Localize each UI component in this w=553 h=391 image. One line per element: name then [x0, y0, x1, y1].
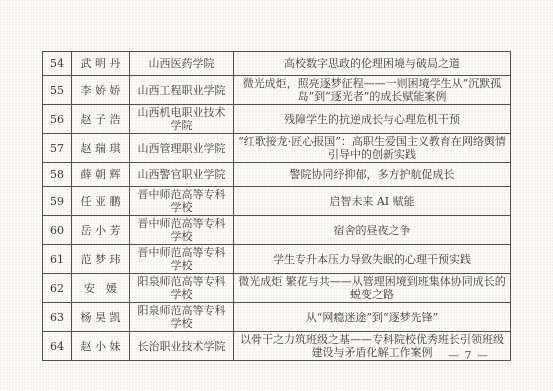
school-name: 山西警官职业学院 — [130, 163, 234, 187]
table-row: 55李 娇 娇山西工程职业学院微光成炬，照亮逐梦征程——一则困境学生从“沉默孤岛… — [43, 76, 511, 105]
case-title: 高校数字思政的伦理困境与破局之道 — [234, 52, 511, 76]
row-number: 61 — [43, 245, 72, 274]
row-number: 63 — [43, 303, 72, 332]
school-name: 山西机电职业技术学院 — [130, 105, 234, 134]
school-name: 山西管理职业学院 — [130, 134, 234, 163]
student-name: 杨 昊 凯 — [72, 303, 130, 332]
student-name: 赵 小 妹 — [72, 332, 130, 361]
table-body: 54武 明 丹山西医药学院高校数字思政的伦理困境与破局之道55李 娇 娇山西工程… — [43, 52, 511, 361]
row-number: 57 — [43, 134, 72, 163]
case-title: 残障学生的抗逆成长与心理危机干预 — [234, 105, 511, 134]
case-title: 从“网瘾迷途”到“逐梦先锋” — [234, 303, 511, 332]
student-name: 安 媛 — [72, 274, 130, 303]
table-row: 57赵 瑞 琪山西管理职业学院“红歌接龙·匠心报国”：高职生爱国主义教育在网络舆… — [43, 134, 511, 163]
student-name: 赵 瑞 琪 — [72, 134, 130, 163]
row-number: 59 — [43, 187, 72, 216]
school-name: 晋中师范高等专科学校 — [130, 216, 234, 245]
student-name: 赵 子 浩 — [72, 105, 130, 134]
row-number: 64 — [43, 332, 72, 361]
case-title: “红歌接龙·匠心报国”：高职生爱国主义教育在网络舆情引导中的创新实践 — [234, 134, 511, 163]
row-number: 62 — [43, 274, 72, 303]
school-name: 山西医药学院 — [130, 52, 234, 76]
table-row: 60岳 小 芳晋中师范高等专科学校宿舍的昼夜之争 — [43, 216, 511, 245]
case-title: 微光成炬 繁花与共——从管理困境到班集体协同成长的蜕变之路 — [234, 274, 511, 303]
table-row: 63杨 昊 凯阳泉师范高等专科学校从“网瘾迷途”到“逐梦先锋” — [43, 303, 511, 332]
row-number: 54 — [43, 52, 72, 76]
table-row: 64赵 小 妹长治职业技术学院以骨干之力筑班级之基——专科院校优秀班长引领班级建… — [43, 332, 511, 361]
table-row: 58薛 朝 辉山西警官职业学院警院协同纾抑郁，多方护航促成长 — [43, 163, 511, 187]
row-number: 60 — [43, 216, 72, 245]
school-name: 山西工程职业学院 — [130, 76, 234, 105]
results-table: 54武 明 丹山西医药学院高校数字思政的伦理困境与破局之道55李 娇 娇山西工程… — [42, 51, 511, 361]
case-title: 学生专升本压力导致失眠的心理干预实践 — [234, 245, 511, 274]
table-row: 59任 亚 鹏晋中师范高等专科学校启智未来 AI 赋能 — [43, 187, 511, 216]
school-name: 晋中师范高等专科学校 — [130, 245, 234, 274]
document-page: 54武 明 丹山西医药学院高校数字思政的伦理困境与破局之道55李 娇 娇山西工程… — [0, 0, 553, 391]
row-number: 58 — [43, 163, 72, 187]
student-name: 范 梦 玮 — [72, 245, 130, 274]
table-row: 61范 梦 玮晋中师范高等专科学校学生专升本压力导致失眠的心理干预实践 — [43, 245, 511, 274]
student-name: 岳 小 芳 — [72, 216, 130, 245]
school-name: 长治职业技术学院 — [130, 332, 234, 361]
table-row: 56赵 子 浩山西机电职业技术学院残障学生的抗逆成长与心理危机干预 — [43, 105, 511, 134]
school-name: 阳泉师范高等专科学校 — [130, 274, 234, 303]
page-number: — 7 — — [448, 349, 489, 362]
case-title: 宿舍的昼夜之争 — [234, 216, 511, 245]
case-title: 微光成炬，照亮逐梦征程——一则困境学生从“沉默孤岛”到“逐光者”的成长赋能案例 — [234, 76, 511, 105]
case-title: 启智未来 AI 赋能 — [234, 187, 511, 216]
student-name: 薛 朝 辉 — [72, 163, 130, 187]
table-row: 62安 媛阳泉师范高等专科学校微光成炬 繁花与共——从管理困境到班集体协同成长的… — [43, 274, 511, 303]
row-number: 55 — [43, 76, 72, 105]
student-name: 任 亚 鹏 — [72, 187, 130, 216]
row-number: 56 — [43, 105, 72, 134]
school-name: 晋中师范高等专科学校 — [130, 187, 234, 216]
student-name: 李 娇 娇 — [72, 76, 130, 105]
table-row: 54武 明 丹山西医药学院高校数字思政的伦理困境与破局之道 — [43, 52, 511, 76]
school-name: 阳泉师范高等专科学校 — [130, 303, 234, 332]
case-title: 警院协同纾抑郁，多方护航促成长 — [234, 163, 511, 187]
student-name: 武 明 丹 — [72, 52, 130, 76]
